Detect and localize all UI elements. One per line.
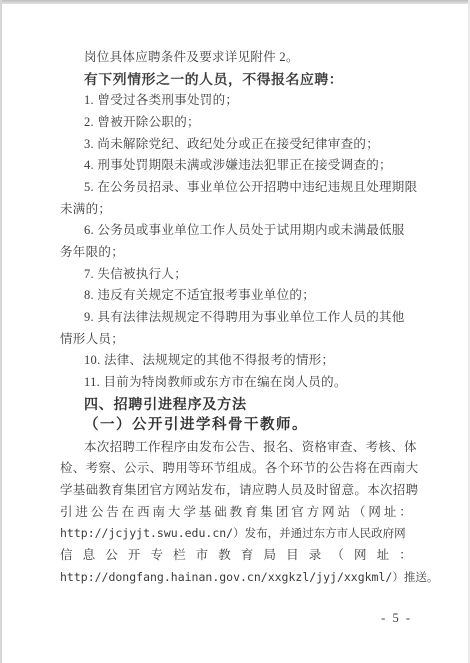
page-number: - 5 - xyxy=(381,611,412,626)
document-line: 6. 公务员或事业单位工作人员处于试用期内或未满最低服 xyxy=(60,220,412,242)
document-line: 信息公开专栏市教育局目录（网址： xyxy=(60,545,412,567)
document-body: 岗位具体应聘条件及要求详见附件 2。 有下列情形之一的人员，不得报名应聘： 1.… xyxy=(60,47,412,588)
document-line: 9. 具有法律法规规定不得聘用为事业单位工作人员的其他 xyxy=(60,307,412,329)
document-line: 引进公告在西南大学基础教育集团官方网站（网址： xyxy=(60,502,412,524)
scan-edge-top xyxy=(0,0,470,4)
section-heading: 四、招聘引进程序及方法 xyxy=(60,394,412,416)
subsection-heading: （一）公开引进学科骨干教师。 xyxy=(60,415,412,437)
document-line: 7. 失信被执行人； xyxy=(60,264,412,286)
document-line: 5. 在公务员招录、事业单位公开招聘中违纪违规且处理期限 xyxy=(60,177,412,199)
document-line: 务年限的； xyxy=(60,242,412,264)
document-line: 1. 曾受过各类刑事处罚的； xyxy=(60,90,412,112)
document-line: 8. 违反有关规定不适宜报考事业单位的； xyxy=(60,285,412,307)
document-line: 11. 目前为特岗教师或东方市在编在岗人员的。 xyxy=(60,372,412,394)
document-line-url: http://dongfang.hainan.gov.cn/xxgkzl/jyj… xyxy=(60,567,412,589)
scan-edge-left xyxy=(0,0,2,663)
document-page: 岗位具体应聘条件及要求详见附件 2。 有下列情形之一的人员，不得报名应聘： 1.… xyxy=(0,0,470,663)
document-line: 学基础教育集团官方网站发布，请应聘人员及时留意。本次招聘 xyxy=(60,480,412,502)
document-line: 岗位具体应聘条件及要求详见附件 2。 xyxy=(60,47,412,69)
document-line-bold-heading: 有下列情形之一的人员，不得报名应聘： xyxy=(60,69,412,91)
document-line-url: http://jcjyjt.swu.edu.cn/）发布，并通过东方市人民政府网 xyxy=(60,523,412,545)
document-line: 2. 曾被开除公职的； xyxy=(60,112,412,134)
document-line: 未满的； xyxy=(60,199,412,221)
document-line: 3. 尚未解除党纪、政纪处分或正在接受纪律审查的； xyxy=(60,134,412,156)
document-line: 本次招聘工作程序由发布公告、报名、资格审查、考核、体 xyxy=(60,437,412,459)
document-line: 检、考察、公示、聘用等环节组成。各个环节的公告将在西南大 xyxy=(60,458,412,480)
document-line: 情形人员； xyxy=(60,329,412,351)
document-line: 4. 刑事处罚期限未满或涉嫌违法犯罪正在接受调查的； xyxy=(60,155,412,177)
document-line: 10. 法律、法规规定的其他不得报考的情形； xyxy=(60,350,412,372)
